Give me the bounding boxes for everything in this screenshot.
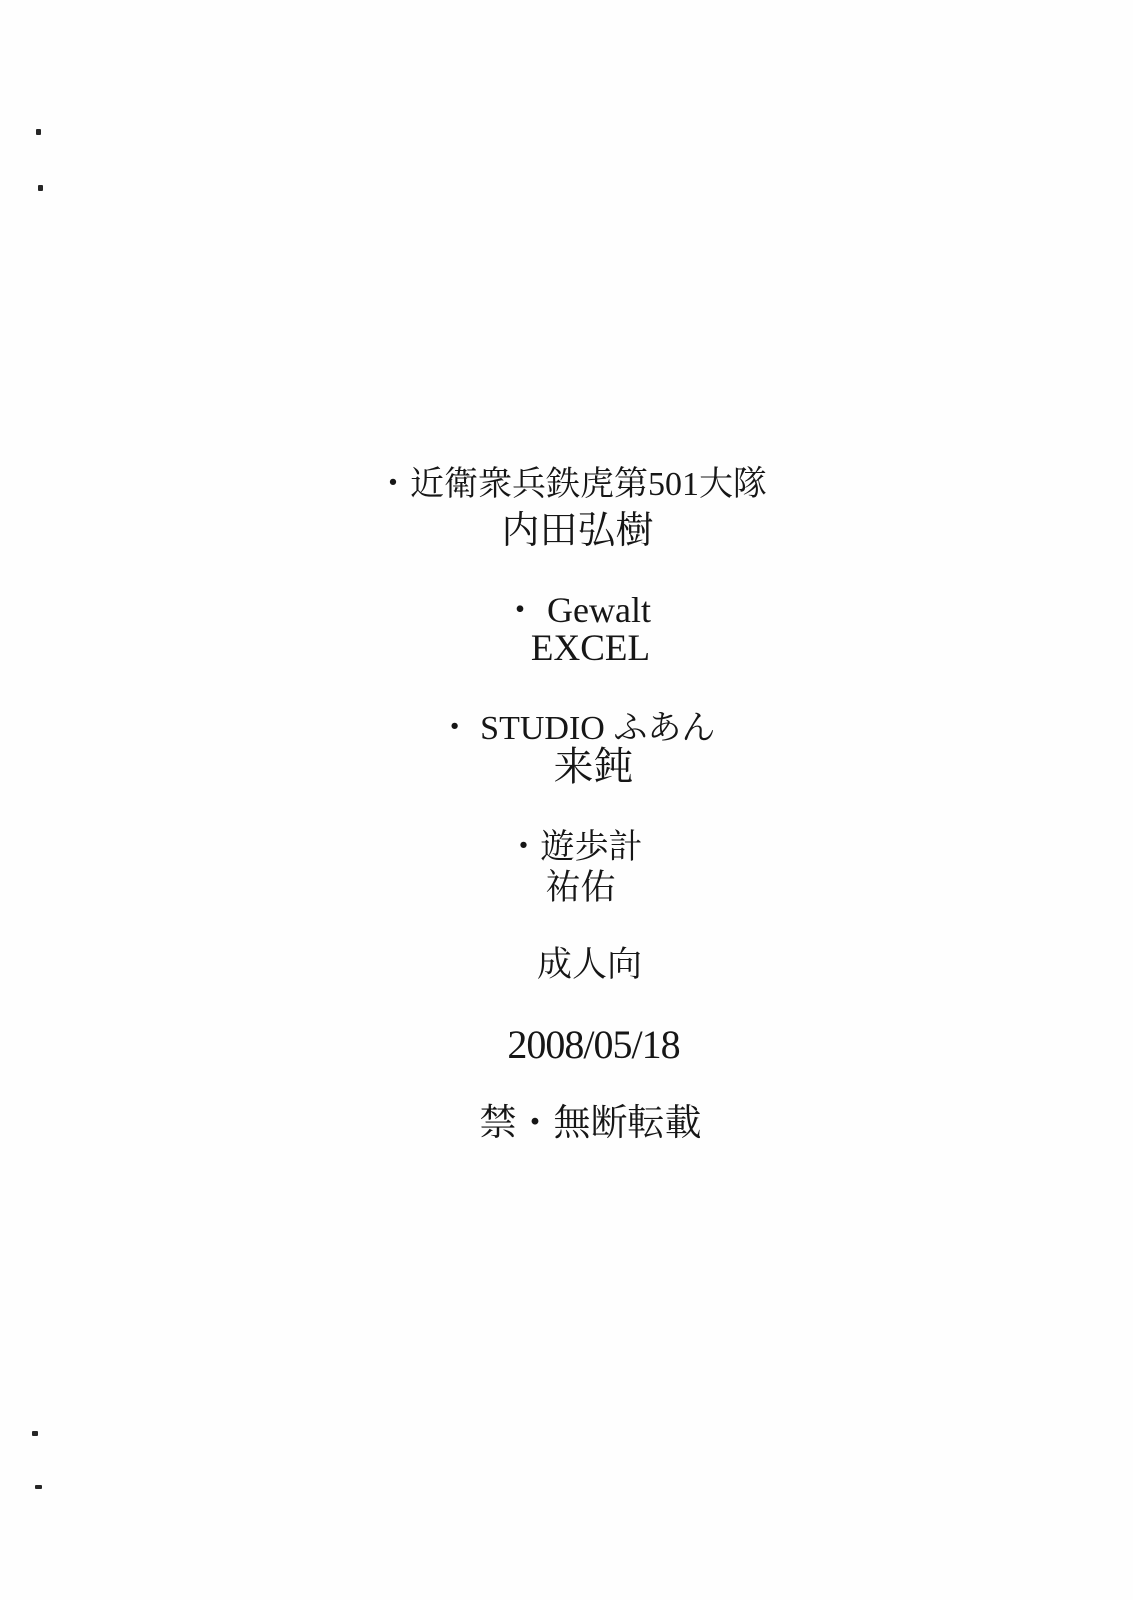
rating-label: 成人向 <box>23 947 1133 982</box>
credit-name: EXCEL <box>24 630 1133 667</box>
credit-title: ・遊歩計 <box>8 831 1133 865</box>
credit-title: ・ Gewalt <box>10 592 1133 628</box>
publication-date: 2008/05/18 <box>27 1025 1133 1065</box>
scanned-page: ・近衛衆兵鉄虎第501大隊 内田弘樹 ・ Gewalt EXCEL ・ STUD… <box>0 0 1133 1600</box>
credit-title: ・ STUDIO ふあん <box>10 712 1133 746</box>
scan-speck <box>36 129 41 135</box>
scan-speck <box>35 1485 42 1489</box>
credit-title: ・近衛衆兵鉄虎第501大隊 <box>5 468 1133 502</box>
scan-speck <box>32 1431 38 1436</box>
scan-speck <box>38 185 43 191</box>
reproduction-prohibited-notice: 禁・無断転載 <box>24 1105 1133 1142</box>
credit-name: 祐佑 <box>14 870 1133 905</box>
credit-name: 来鈍 <box>27 747 1133 787</box>
credit-name: 内田弘樹 <box>11 512 1133 550</box>
